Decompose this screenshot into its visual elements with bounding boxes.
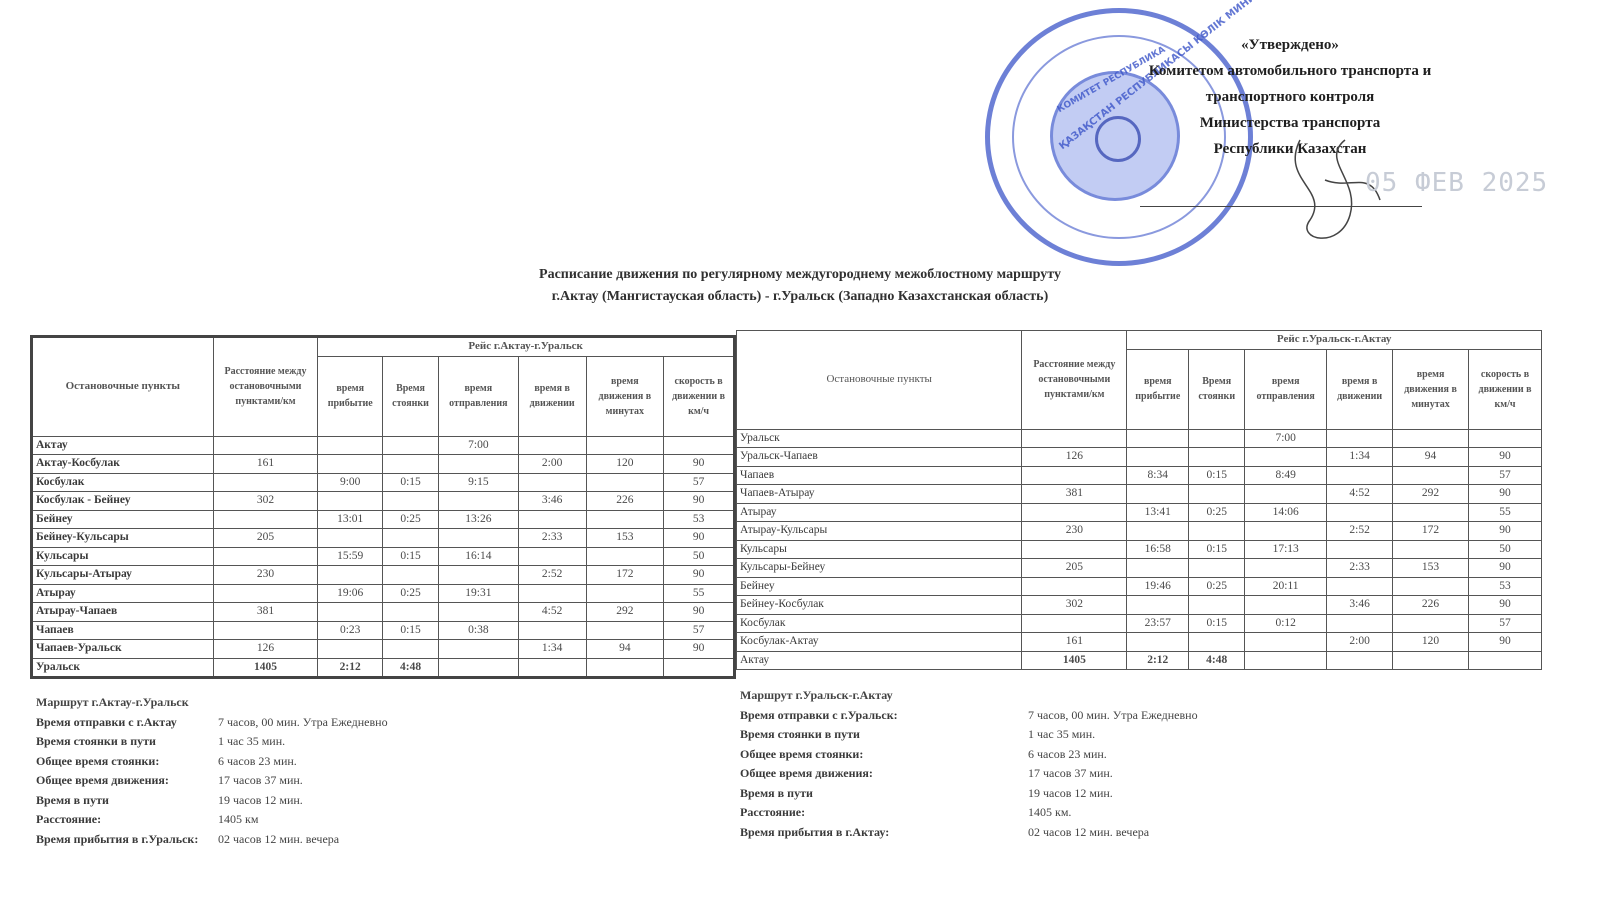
- arrival-cell: [1127, 559, 1189, 578]
- speed-cell: 90: [1469, 485, 1542, 504]
- travel-time-cell: 2:33: [1327, 559, 1393, 578]
- distance-cell: [213, 436, 318, 455]
- arrival-cell: [1127, 448, 1189, 467]
- travel-time-cell: 2:00: [518, 455, 586, 474]
- arrival-cell: [318, 640, 383, 659]
- table-row: Актау7:00: [32, 436, 735, 455]
- summary-value: 17 часов 37 мин.: [1028, 764, 1113, 784]
- stop-time-cell: [1189, 429, 1245, 448]
- arrival-cell: [1127, 596, 1189, 615]
- distance-cell: 302: [213, 492, 318, 511]
- travel-time-cell: 4:52: [1327, 485, 1393, 504]
- travel-minutes-cell: [586, 436, 664, 455]
- stop-name: Актау-Косбулак: [32, 455, 214, 474]
- stop-time-cell: 0:25: [1189, 503, 1245, 522]
- table-row: Бейнеу13:010:2513:2653: [32, 510, 735, 529]
- departure-cell: [438, 658, 518, 678]
- summary-label: Общее время движения:: [740, 764, 1028, 784]
- summary-label: Время стоянки в пути: [740, 725, 1028, 745]
- travel-minutes-cell: 153: [1393, 559, 1469, 578]
- distance-cell: [1022, 466, 1127, 485]
- distance-cell: [213, 584, 318, 603]
- stop-name: Чапаев-Уральск: [32, 640, 214, 659]
- travel-minutes-cell: [1393, 614, 1469, 633]
- stop-time-cell: [1189, 448, 1245, 467]
- table-row: Кульсары16:580:1517:1350: [737, 540, 1542, 559]
- distance-cell: 230: [213, 566, 318, 585]
- schedule-table-uralsk-aktau: Остановочные пункты Расстояние между ост…: [736, 330, 1542, 670]
- header-arrival: время прибытие: [318, 356, 383, 436]
- summary-row: Время отправки с г.Уральск:7 часов, 00 м…: [740, 706, 1198, 726]
- summary-value: 6 часов 23 мин.: [1028, 745, 1107, 765]
- distance-cell: [213, 473, 318, 492]
- stop-name: Бейнеу: [737, 577, 1022, 596]
- speed-cell: 53: [1469, 577, 1542, 596]
- travel-minutes-cell: [586, 658, 664, 678]
- speed-cell: 90: [1469, 596, 1542, 615]
- summary-label: Общее время движения:: [36, 771, 218, 791]
- distance-cell: 381: [213, 603, 318, 622]
- arrival-cell: [1127, 522, 1189, 541]
- arrival-cell: [318, 436, 383, 455]
- table-row: Уральск-Чапаев1261:349490: [737, 448, 1542, 467]
- stop-time-cell: [1189, 633, 1245, 652]
- travel-time-cell: 2:52: [1327, 522, 1393, 541]
- distance-cell: [1022, 577, 1127, 596]
- summary-row: Время в пути19 часов 12 мин.: [36, 791, 388, 811]
- travel-minutes-cell: [586, 510, 664, 529]
- arrival-cell: [1127, 429, 1189, 448]
- stop-time-cell: [383, 492, 439, 511]
- distance-cell: 1405: [213, 658, 318, 678]
- travel-minutes-cell: 120: [1393, 633, 1469, 652]
- header-distance: Расстояние между остановочными пунктами/…: [213, 337, 318, 437]
- departure-cell: 17:13: [1245, 540, 1327, 559]
- departure-cell: 14:06: [1245, 503, 1327, 522]
- summary-label: Расстояние:: [740, 803, 1028, 823]
- distance-cell: [213, 510, 318, 529]
- speed-cell: 90: [1469, 633, 1542, 652]
- header-trip-label: Рейс г.Уральск-г.Актау: [1127, 331, 1542, 350]
- distance-cell: 205: [1022, 559, 1127, 578]
- summary-row: Время в пути19 часов 12 мин.: [740, 784, 1198, 804]
- departure-cell: [438, 603, 518, 622]
- arrival-cell: 19:46: [1127, 577, 1189, 596]
- summary-label: Время в пути: [740, 784, 1028, 804]
- travel-minutes-cell: 94: [1393, 448, 1469, 467]
- distance-cell: [1022, 614, 1127, 633]
- distance-cell: 230: [1022, 522, 1127, 541]
- header-departure: время отправления: [438, 356, 518, 436]
- travel-time-cell: [1327, 577, 1393, 596]
- departure-cell: [438, 640, 518, 659]
- stop-time-cell: 0:25: [1189, 577, 1245, 596]
- stop-time-cell: 0:15: [1189, 540, 1245, 559]
- travel-minutes-cell: 172: [1393, 522, 1469, 541]
- summary-row: Время прибытия в г.Актау:02 часов 12 мин…: [740, 823, 1198, 843]
- travel-time-cell: [1327, 614, 1393, 633]
- speed-cell: 90: [664, 455, 735, 474]
- departure-cell: 19:31: [438, 584, 518, 603]
- departure-cell: [438, 529, 518, 548]
- table-row: Кульсары-Бейнеу2052:3315390: [737, 559, 1542, 578]
- summary-heading: Маршрут г.Уральск-г.Актау: [740, 686, 1198, 706]
- summary-row: Время отправки с г.Актау7 часов, 00 мин.…: [36, 713, 388, 733]
- summary-label: Расстояние:: [36, 810, 218, 830]
- departure-cell: 0:12: [1245, 614, 1327, 633]
- distance-cell: 126: [213, 640, 318, 659]
- stop-time-cell: [1189, 522, 1245, 541]
- summary-label: Время прибытия в г.Уральск:: [36, 830, 218, 850]
- arrival-cell: [1127, 485, 1189, 504]
- departure-cell: [438, 566, 518, 585]
- stop-name: Атырау-Чапаев: [32, 603, 214, 622]
- distance-cell: 205: [213, 529, 318, 548]
- travel-minutes-cell: [1393, 577, 1469, 596]
- summary-heading: Маршрут г.Актау-г.Уральск: [36, 693, 388, 713]
- summary-value: 17 часов 37 мин.: [218, 771, 303, 791]
- departure-cell: [1245, 596, 1327, 615]
- travel-minutes-cell: 172: [586, 566, 664, 585]
- distance-cell: 302: [1022, 596, 1127, 615]
- stop-name: Атырау: [32, 584, 214, 603]
- distance-cell: 161: [213, 455, 318, 474]
- header-stops: Остановочные пункты: [737, 331, 1022, 430]
- speed-cell: 90: [664, 566, 735, 585]
- travel-time-cell: 1:34: [518, 640, 586, 659]
- summary-value: 19 часов 12 мин.: [1028, 784, 1113, 804]
- stop-time-cell: 0:15: [383, 621, 439, 640]
- table-row: Атырау-Кульсары2302:5217290: [737, 522, 1542, 541]
- stop-time-cell: [1189, 485, 1245, 504]
- summary-row: Время стоянки в пути1 час 35 мин.: [740, 725, 1198, 745]
- summary-value: 7 часов, 00 мин. Утра Ежедневно: [1028, 706, 1198, 726]
- header-distance: Расстояние между остановочными пунктами/…: [1022, 331, 1127, 430]
- stop-name: Косбулак: [32, 473, 214, 492]
- departure-cell: [1245, 448, 1327, 467]
- travel-time-cell: [518, 584, 586, 603]
- stop-name: Атырау: [737, 503, 1022, 522]
- arrival-cell: 13:41: [1127, 503, 1189, 522]
- speed-cell: 50: [1469, 540, 1542, 559]
- arrival-cell: [318, 455, 383, 474]
- stop-time-cell: 4:48: [1189, 651, 1245, 670]
- stop-name: Чапаев: [32, 621, 214, 640]
- header-trip-label: Рейс г.Актау-г.Уральск: [318, 337, 735, 357]
- travel-minutes-cell: [586, 584, 664, 603]
- approval-line: транспортного контроля: [1080, 84, 1500, 110]
- summary-row: Расстояние:1405 км: [36, 810, 388, 830]
- travel-minutes-cell: 226: [586, 492, 664, 511]
- table-row: Бейнеу19:460:2520:1153: [737, 577, 1542, 596]
- travel-time-cell: 1:34: [1327, 448, 1393, 467]
- distance-cell: [213, 547, 318, 566]
- speed-cell: [664, 436, 735, 455]
- header-speed: скорость в движении в км/ч: [1469, 349, 1542, 429]
- distance-cell: [1022, 540, 1127, 559]
- summary-row: Время стоянки в пути1 час 35 мин.: [36, 732, 388, 752]
- header-stops: Остановочные пункты: [32, 337, 214, 437]
- travel-minutes-cell: 226: [1393, 596, 1469, 615]
- stop-time-cell: [383, 529, 439, 548]
- table-row: Косбулак23:570:150:1257: [737, 614, 1542, 633]
- speed-cell: 55: [664, 584, 735, 603]
- stop-name: Уральск-Чапаев: [737, 448, 1022, 467]
- title-line-1: Расписание движения по регулярному между…: [400, 264, 1200, 286]
- summary-value: 02 часов 12 мин. вечера: [218, 830, 339, 850]
- departure-cell: 13:26: [438, 510, 518, 529]
- travel-minutes-cell: 292: [586, 603, 664, 622]
- stop-time-cell: [383, 640, 439, 659]
- summary-label: Время прибытия в г.Актау:: [740, 823, 1028, 843]
- header-departure: время отправления: [1245, 349, 1327, 429]
- travel-minutes-cell: [1393, 429, 1469, 448]
- summary-row: Время прибытия в г.Уральск:02 часов 12 м…: [36, 830, 388, 850]
- summary-row: Общее время движения:17 часов 37 мин.: [36, 771, 388, 791]
- summary-label: Время в пути: [36, 791, 218, 811]
- arrival-cell: 2:12: [1127, 651, 1189, 670]
- table-row: Косбулак9:000:159:1557: [32, 473, 735, 492]
- stop-name: Кульсары-Атырау: [32, 566, 214, 585]
- departure-cell: [1245, 522, 1327, 541]
- speed-cell: 57: [664, 473, 735, 492]
- header-stop-time: Время стоянки: [383, 356, 439, 436]
- departure-cell: [438, 455, 518, 474]
- departure-cell: 7:00: [1245, 429, 1327, 448]
- stop-time-cell: 0:15: [1189, 614, 1245, 633]
- travel-time-cell: [1327, 429, 1393, 448]
- arrival-cell: 13:01: [318, 510, 383, 529]
- stop-name: Кульсары: [32, 547, 214, 566]
- stop-time-cell: 4:48: [383, 658, 439, 678]
- distance-cell: [213, 621, 318, 640]
- table-row: Уральск14052:124:48: [32, 658, 735, 678]
- distance-cell: 1405: [1022, 651, 1127, 670]
- speed-cell: [664, 658, 735, 678]
- stop-time-cell: [383, 603, 439, 622]
- arrival-cell: 2:12: [318, 658, 383, 678]
- table-row: Кульсары15:590:1516:1450: [32, 547, 735, 566]
- summary-row: Расстояние:1405 км.: [740, 803, 1198, 823]
- table-row: Косбулак-Актау1612:0012090: [737, 633, 1542, 652]
- speed-cell: 90: [1469, 448, 1542, 467]
- travel-time-cell: 4:52: [518, 603, 586, 622]
- stop-name: Актау: [737, 651, 1022, 670]
- stop-time-cell: [383, 436, 439, 455]
- stop-time-cell: 0:15: [383, 473, 439, 492]
- summary-row: Общее время стоянки:6 часов 23 мин.: [36, 752, 388, 772]
- travel-time-cell: [1327, 503, 1393, 522]
- summary-value: 7 часов, 00 мин. Утра Ежедневно: [218, 713, 388, 733]
- header-travel-time: время в движении: [1327, 349, 1393, 429]
- departure-cell: 9:15: [438, 473, 518, 492]
- travel-minutes-cell: 153: [586, 529, 664, 548]
- stop-name: Бейнеу: [32, 510, 214, 529]
- travel-time-cell: [518, 436, 586, 455]
- speed-cell: 90: [1469, 559, 1542, 578]
- summary-value: 1 час 35 мин.: [1028, 725, 1095, 745]
- table-row: Чапаев0:230:150:3857: [32, 621, 735, 640]
- travel-time-cell: 3:46: [518, 492, 586, 511]
- speed-cell: 57: [1469, 614, 1542, 633]
- departure-cell: [1245, 559, 1327, 578]
- stop-name: Косбулак-Актау: [737, 633, 1022, 652]
- summary-label: Время отправки с г.Уральск:: [740, 706, 1028, 726]
- arrival-cell: [318, 492, 383, 511]
- speed-cell: 90: [664, 640, 735, 659]
- speed-cell: [1469, 429, 1542, 448]
- departure-cell: 0:38: [438, 621, 518, 640]
- travel-time-cell: [518, 621, 586, 640]
- departure-cell: [1245, 485, 1327, 504]
- table-row: Бейнеу-Кульсары2052:3315390: [32, 529, 735, 548]
- travel-time-cell: 3:46: [1327, 596, 1393, 615]
- arrival-cell: [318, 603, 383, 622]
- stop-name: Бейнеу-Кульсары: [32, 529, 214, 548]
- stop-name: Бейнеу-Косбулак: [737, 596, 1022, 615]
- stop-name: Косбулак: [737, 614, 1022, 633]
- distance-cell: [1022, 503, 1127, 522]
- departure-cell: [1245, 651, 1327, 670]
- stop-name: Кульсары-Бейнеу: [737, 559, 1022, 578]
- header-speed: скорость в движении в км/ч: [664, 356, 735, 436]
- approval-line: Комитетом автомобильного транспорта и: [1080, 58, 1500, 84]
- stop-name: Атырау-Кульсары: [737, 522, 1022, 541]
- table-row: Актау-Косбулак1612:0012090: [32, 455, 735, 474]
- header-travel-time: время в движении: [518, 356, 586, 436]
- speed-cell: 55: [1469, 503, 1542, 522]
- document-title: Расписание движения по регулярному между…: [400, 264, 1200, 308]
- arrival-cell: 15:59: [318, 547, 383, 566]
- distance-cell: [1022, 429, 1127, 448]
- stop-time-cell: [383, 566, 439, 585]
- table-row: Кульсары-Атырау2302:5217290: [32, 566, 735, 585]
- stop-time-cell: 0:25: [383, 584, 439, 603]
- travel-minutes-cell: [586, 547, 664, 566]
- arrival-cell: 9:00: [318, 473, 383, 492]
- header-arrival: время прибытие: [1127, 349, 1189, 429]
- distance-cell: 161: [1022, 633, 1127, 652]
- summary-label: Время отправки с г.Актау: [36, 713, 218, 733]
- stop-time-cell: [383, 455, 439, 474]
- travel-minutes-cell: [1393, 503, 1469, 522]
- summary-row: Общее время стоянки:6 часов 23 мин.: [740, 745, 1198, 765]
- distance-cell: 126: [1022, 448, 1127, 467]
- travel-time-cell: [1327, 651, 1393, 670]
- stop-time-cell: [1189, 596, 1245, 615]
- table-row: Атырау19:060:2519:3155: [32, 584, 735, 603]
- stop-name: Чапаев-Атырау: [737, 485, 1022, 504]
- table-row: Атырау-Чапаев3814:5229290: [32, 603, 735, 622]
- summary-value: 1 час 35 мин.: [218, 732, 285, 752]
- arrival-cell: [1127, 633, 1189, 652]
- travel-time-cell: [518, 510, 586, 529]
- arrival-cell: 23:57: [1127, 614, 1189, 633]
- speed-cell: 50: [664, 547, 735, 566]
- summary-label: Время стоянки в пути: [36, 732, 218, 752]
- travel-minutes-cell: [1393, 540, 1469, 559]
- arrival-cell: 19:06: [318, 584, 383, 603]
- travel-minutes-cell: 292: [1393, 485, 1469, 504]
- departure-cell: 16:14: [438, 547, 518, 566]
- table-row: Косбулак - Бейнеу3023:4622690: [32, 492, 735, 511]
- travel-time-cell: 2:33: [518, 529, 586, 548]
- travel-time-cell: [518, 547, 586, 566]
- arrival-cell: 8:34: [1127, 466, 1189, 485]
- travel-time-cell: [1327, 466, 1393, 485]
- summary-label: Общее время стоянки:: [36, 752, 218, 772]
- speed-cell: 57: [664, 621, 735, 640]
- travel-time-cell: [518, 473, 586, 492]
- stop-time-cell: 0:15: [1189, 466, 1245, 485]
- arrival-cell: [318, 566, 383, 585]
- table-row: Атырау13:410:2514:0655: [737, 503, 1542, 522]
- summary-value: 6 часов 23 мин.: [218, 752, 297, 772]
- stop-name: Уральск: [32, 658, 214, 678]
- route-summary-uralsk-aktau: Маршрут г.Уральск-г.АктауВремя отправки …: [740, 686, 1198, 842]
- departure-cell: 20:11: [1245, 577, 1327, 596]
- speed-cell: [1469, 651, 1542, 670]
- stop-name: Актау: [32, 436, 214, 455]
- arrival-cell: [318, 529, 383, 548]
- header-travel-minutes: время движения в минутах: [1393, 349, 1469, 429]
- travel-time-cell: 2:52: [518, 566, 586, 585]
- stop-name: Чапаев: [737, 466, 1022, 485]
- summary-value: 19 часов 12 мин.: [218, 791, 303, 811]
- summary-value: 1405 км: [218, 810, 258, 830]
- departure-cell: [1245, 633, 1327, 652]
- departure-cell: 8:49: [1245, 466, 1327, 485]
- table-row: Бейнеу-Косбулак3023:4622690: [737, 596, 1542, 615]
- departure-cell: 7:00: [438, 436, 518, 455]
- travel-minutes-cell: [586, 621, 664, 640]
- summary-label: Общее время стоянки:: [740, 745, 1028, 765]
- schedule-table-aktau-uralsk: Остановочные пункты Расстояние между ост…: [30, 335, 736, 679]
- stop-name: Кульсары: [737, 540, 1022, 559]
- travel-time-cell: [518, 658, 586, 678]
- summary-value: 02 часов 12 мин. вечера: [1028, 823, 1149, 843]
- summary-value: 1405 км.: [1028, 803, 1071, 823]
- table-row: Актау14052:124:48: [737, 651, 1542, 670]
- summary-row: Общее время движения:17 часов 37 мин.: [740, 764, 1198, 784]
- table-row: Чапаев-Уральск1261:349490: [32, 640, 735, 659]
- stop-time-cell: [1189, 559, 1245, 578]
- route-summary-aktau-uralsk: Маршрут г.Актау-г.УральскВремя отправки …: [36, 693, 388, 849]
- stop-name: Косбулак - Бейнеу: [32, 492, 214, 511]
- departure-cell: [438, 492, 518, 511]
- speed-cell: 90: [664, 492, 735, 511]
- stop-time-cell: 0:25: [383, 510, 439, 529]
- speed-cell: 57: [1469, 466, 1542, 485]
- table-row: Уральск7:00: [737, 429, 1542, 448]
- header-travel-minutes: время движения в минутах: [586, 356, 664, 436]
- table-row: Чапаев8:340:158:4957: [737, 466, 1542, 485]
- distance-cell: 381: [1022, 485, 1127, 504]
- travel-minutes-cell: [1393, 466, 1469, 485]
- travel-minutes-cell: [1393, 651, 1469, 670]
- header-stop-time: Время стоянки: [1189, 349, 1245, 429]
- speed-cell: 90: [664, 529, 735, 548]
- travel-minutes-cell: 120: [586, 455, 664, 474]
- arrival-cell: 16:58: [1127, 540, 1189, 559]
- arrival-cell: 0:23: [318, 621, 383, 640]
- approval-line: «Утверждено»: [1080, 32, 1500, 58]
- title-line-2: г.Актау (Мангистауская область) - г.Урал…: [400, 286, 1200, 308]
- travel-minutes-cell: 94: [586, 640, 664, 659]
- date-stamp: 05 ФЕВ 2025: [1365, 168, 1548, 198]
- travel-time-cell: 2:00: [1327, 633, 1393, 652]
- speed-cell: 53: [664, 510, 735, 529]
